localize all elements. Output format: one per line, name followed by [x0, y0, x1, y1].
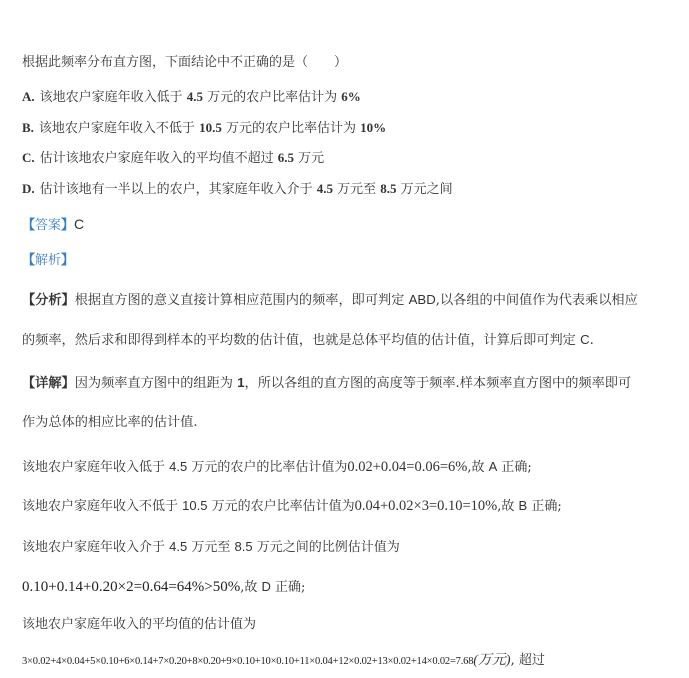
step-text: 万元的农户比率估计值为	[207, 499, 354, 514]
step-text: ,故	[240, 580, 261, 595]
fenxi-option: C	[580, 332, 590, 347]
fenxi-line-1: 【分析】根据直方图的意义直接计算相应范围内的频率，即可判定 ABD,以各组的中间…	[22, 291, 638, 310]
mean-intro: 该地农户家庭年收入的平均值的估计值为	[22, 616, 256, 634]
option-letter: A.	[22, 89, 35, 104]
answer-tag-close: 】	[61, 218, 74, 233]
fenxi-text: 的频率，然后求和即得到样本的平均数的估计值，也就是总体平均值的估计值，计算后即可…	[22, 333, 580, 348]
step-number: 4.5	[169, 539, 187, 554]
fenxi-options: ABD	[409, 292, 436, 307]
fenxi-tag: 【分析】	[22, 293, 75, 308]
step-text: ,故	[467, 460, 488, 475]
xiangjie-text: 因为频率直方图中的组距为	[75, 376, 237, 391]
step-formula: 0.10+0.14+0.20×2=0.64=64%>50%	[22, 579, 240, 595]
xiangjie-tag: 【详解】	[22, 376, 75, 391]
step-formula: 0.04+0.02×3=0.10=10%	[355, 498, 498, 514]
analysis-tag-open: 【	[22, 253, 35, 268]
xiangjie-number: 1	[237, 375, 244, 390]
answer-tag-open: 【	[22, 218, 35, 233]
analysis-tag-close: 】	[61, 253, 74, 268]
option-text: 估计该地有一半以上的农户，其家庭年收入介于	[40, 182, 317, 197]
step-text: 万元至	[187, 540, 234, 555]
step-option: B	[519, 498, 528, 513]
step-unit: (万元)	[473, 653, 510, 668]
xiangjie-text: ，所以各组的直方图的高度等于频率.样本频率直方图中的频率即可	[245, 376, 632, 391]
option-text: 估计该地农户家庭年收入的平均值不超过	[40, 151, 278, 166]
option-text: 万元至	[333, 182, 380, 197]
step-number: 10.5	[182, 498, 207, 513]
option-letter: D.	[22, 181, 35, 196]
step-d-formula: 0.10+0.14+0.20×2=0.64=64%>50%,故 D 正确;	[22, 578, 305, 597]
option-text: 该地农户家庭年收入低于	[40, 90, 187, 105]
step-text: 该地农户家庭年收入不低于	[22, 499, 182, 514]
step-text: 该地农户家庭年收入低于	[22, 460, 169, 475]
option-d: D.估计该地有一半以上的农户，其家庭年收入介于 4.5 万元至 8.5 万元之间	[22, 180, 453, 199]
option-text: 万元的农户比率估计为	[203, 90, 341, 105]
option-text: 万元之间	[397, 182, 453, 197]
step-b: 该地农户家庭年收入不低于 10.5 万元的农户比率估计值为0.04+0.02×3…	[22, 497, 562, 516]
xiangjie-text: 作为总体的相应比率的估计值.	[22, 415, 198, 430]
option-number: 4.5	[317, 181, 333, 196]
xiangjie-line-1: 【详解】因为频率直方图中的组距为 1，所以各组的直方图的高度等于频率.样本频率直…	[22, 374, 631, 393]
option-number: 6.5	[278, 150, 294, 165]
analysis-section: 【解析】	[22, 252, 74, 270]
option-number: 4.5	[187, 89, 203, 104]
step-text: , 超过	[511, 653, 545, 668]
step-formula: 0.02+0.04=0.06=6%	[347, 459, 467, 475]
question-stem-text: 根据此频率分布直方图，下面结论中不正确的是（ ）	[22, 55, 347, 70]
option-text: 万元的农户比率估计为	[222, 121, 360, 136]
mean-formula: 3×0.02+4×0.04+5×0.10+6×0.14+7×0.20+8×0.2…	[22, 652, 545, 671]
option-letter: B.	[22, 120, 34, 135]
answer-section: 【答案】C	[22, 215, 84, 235]
fenxi-line-2: 的频率，然后求和即得到样本的平均数的估计值，也就是总体平均值的估计值，计算后即可…	[22, 331, 594, 350]
step-d-intro: 该地农户家庭年收入介于 4.5 万元至 8.5 万元之间的比例估计值为	[22, 538, 400, 557]
step-text: 正确;	[271, 580, 306, 595]
step-text: 万元的农户的比率估计值为	[187, 460, 347, 475]
answer-value: C	[74, 216, 84, 232]
step-number: 4.5	[169, 459, 187, 474]
step-a: 该地农户家庭年收入低于 4.5 万元的农户的比率估计值为0.02+0.04=0.…	[22, 458, 532, 477]
question-stem: 根据此频率分布直方图，下面结论中不正确的是（ ）	[22, 54, 347, 72]
option-letter: C.	[22, 150, 35, 165]
step-option: D	[262, 579, 271, 594]
option-number: 6%	[341, 89, 361, 104]
answer-tag-label: 答案	[35, 218, 61, 233]
option-number: 10%	[360, 120, 386, 135]
option-a: A.该地农户家庭年收入低于 4.5 万元的农户比率估计为 6%	[22, 88, 361, 107]
step-text: 正确;	[497, 460, 532, 475]
step-text: 万元之间的比例估计值为	[253, 540, 400, 555]
step-text: ,故	[497, 499, 518, 514]
xiangjie-line-2: 作为总体的相应比率的估计值.	[22, 414, 198, 432]
step-number: 8.5	[234, 539, 252, 554]
step-option: A	[489, 459, 498, 474]
step-formula: 3×0.02+4×0.04+5×0.10+6×0.14+7×0.20+8×0.2…	[22, 656, 473, 667]
option-b: B.该地农户家庭年收入不低于 10.5 万元的农户比率估计为 10%	[22, 119, 386, 138]
fenxi-text: .	[590, 333, 594, 348]
fenxi-text: ,以各组的中间值作为代表乘以相应	[436, 293, 638, 308]
step-text: 该地农户家庭年收入的平均值的估计值为	[22, 617, 256, 632]
option-number: 8.5	[380, 181, 396, 196]
option-number: 10.5	[199, 120, 222, 135]
analysis-tag-label: 解析	[35, 253, 61, 268]
option-text: 该地农户家庭年收入不低于	[39, 121, 199, 136]
fenxi-text: 根据直方图的意义直接计算相应范围内的频率，即可判定	[75, 293, 409, 308]
step-text: 正确;	[527, 499, 562, 514]
step-text: 该地农户家庭年收入介于	[22, 540, 169, 555]
option-c: C.估计该地农户家庭年收入的平均值不超过 6.5 万元	[22, 149, 324, 168]
option-text: 万元	[294, 151, 324, 166]
